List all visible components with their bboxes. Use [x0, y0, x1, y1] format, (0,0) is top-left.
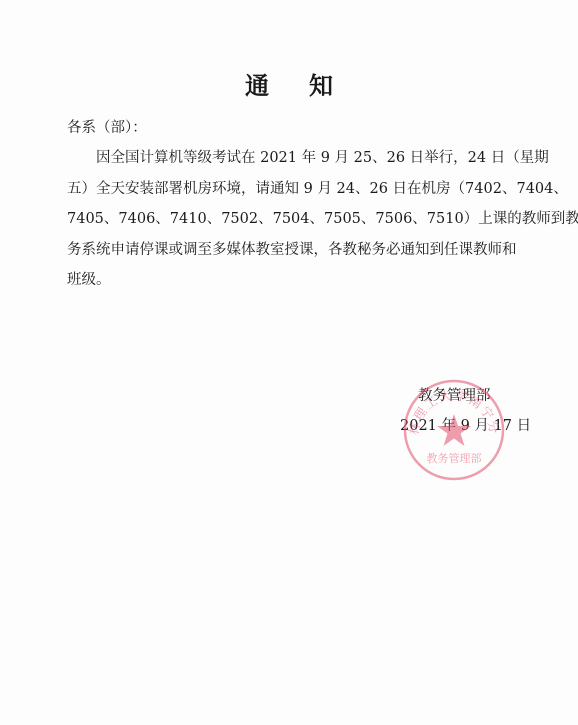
- body-line: 班级。: [67, 265, 517, 296]
- signature-department: 教务管理部: [418, 384, 491, 405]
- title-char-1: 通: [245, 66, 269, 101]
- stamp-inner-text: 教务管理部: [427, 451, 482, 465]
- signature-date: 2021 年 9 月 17 日: [400, 414, 531, 435]
- body-line: 五）全天安装部署机房环境，请通知 9 月 24、26 日在机房（7402、740…: [67, 174, 517, 205]
- title-char-2: 知: [309, 66, 333, 101]
- body-line: 因全国计算机等级考试在 2021 年 9 月 25、26 日举行，24 日（星期: [67, 143, 517, 174]
- document-page: 通知 各系（部）： 因全国计算机等级考试在 2021 年 9 月 25、26 日…: [0, 0, 578, 725]
- notice-body: 因全国计算机等级考试在 2021 年 9 月 25、26 日举行，24 日（星期…: [67, 143, 517, 296]
- notice-title: 通知: [0, 66, 578, 101]
- salutation: 各系（部）：: [67, 116, 147, 137]
- body-line: 7405、7406、7410、7502、7504、7505、7506、7510）…: [67, 204, 517, 235]
- body-line: 务系统申请停课或调至多媒体教室授课，各教秘务必通知到任课教师和: [67, 235, 517, 266]
